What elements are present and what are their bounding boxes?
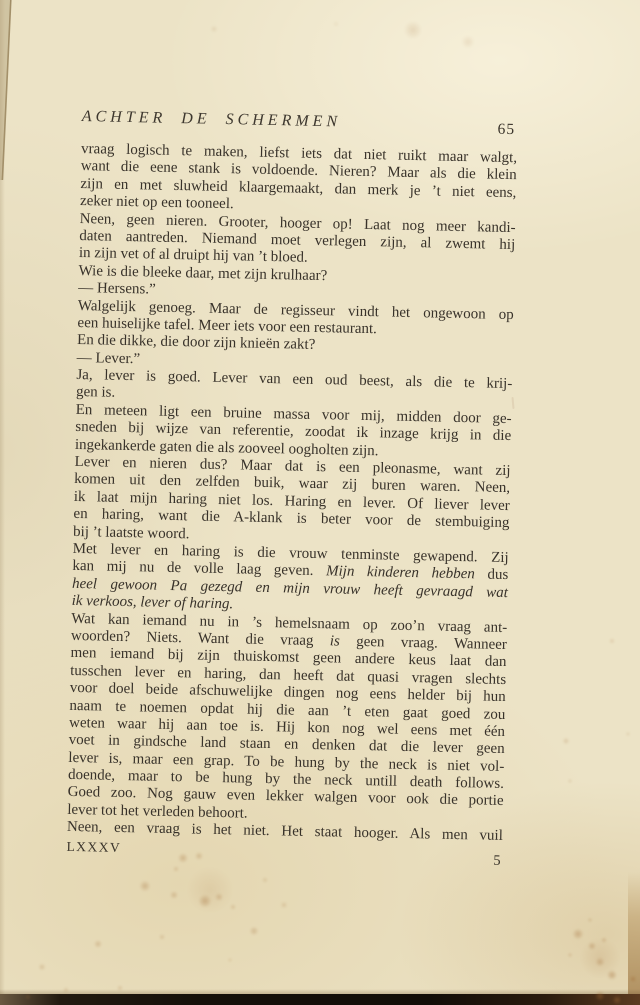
foxing-stain [262, 877, 268, 883]
sheet-number: 5 [493, 853, 501, 870]
foxing-stain [159, 934, 165, 940]
foxing-stain [39, 964, 46, 971]
foxing-stain [195, 852, 203, 860]
foxing-stain [281, 902, 288, 909]
foxing-stain [568, 953, 573, 958]
foxing-stain [607, 970, 617, 980]
foxing-stain [462, 36, 475, 49]
foxing-stain [601, 937, 607, 943]
foxing-stain [588, 918, 593, 923]
foxing-stain [199, 895, 212, 908]
foxing-stain [626, 732, 631, 737]
foxing-stain [588, 942, 596, 950]
foxing-stain [596, 958, 605, 967]
foxing-stain [563, 738, 570, 745]
foxing-stain [568, 779, 573, 784]
page-header-title: ACHTER DE SCHERMEN [82, 108, 342, 131]
foxing-stain [211, 26, 218, 33]
foxing-stain [404, 21, 422, 39]
foxing-stain [228, 958, 233, 963]
foxing-stain [230, 904, 236, 910]
foxing-stain [94, 940, 102, 948]
foxing-stain [170, 891, 178, 899]
foxing-stain [178, 853, 188, 863]
body-text: vraag logisch te maken, liefst iets dat … [67, 141, 517, 846]
foxing-stain [215, 893, 223, 901]
scan-bottom-edge [0, 994, 640, 1005]
foxing-stain [250, 927, 259, 936]
foxing-stain [609, 638, 615, 644]
foxing-stain [140, 881, 151, 892]
underlying-page-edge [628, 872, 640, 1005]
foxing-stain [580, 938, 620, 978]
foxing-stain [187, 867, 233, 913]
page-number: 65 [497, 121, 515, 139]
foxing-stain [173, 866, 179, 872]
foxing-stain [573, 929, 584, 940]
book-page: ACHTER DE SCHERMEN 65 vraag logisch te m… [0, 0, 640, 1005]
signature-mark: LXXXV [66, 839, 121, 856]
foxing-stain [333, 21, 339, 27]
page-content: ACHTER DE SCHERMEN 65 vraag logisch te m… [67, 108, 518, 846]
